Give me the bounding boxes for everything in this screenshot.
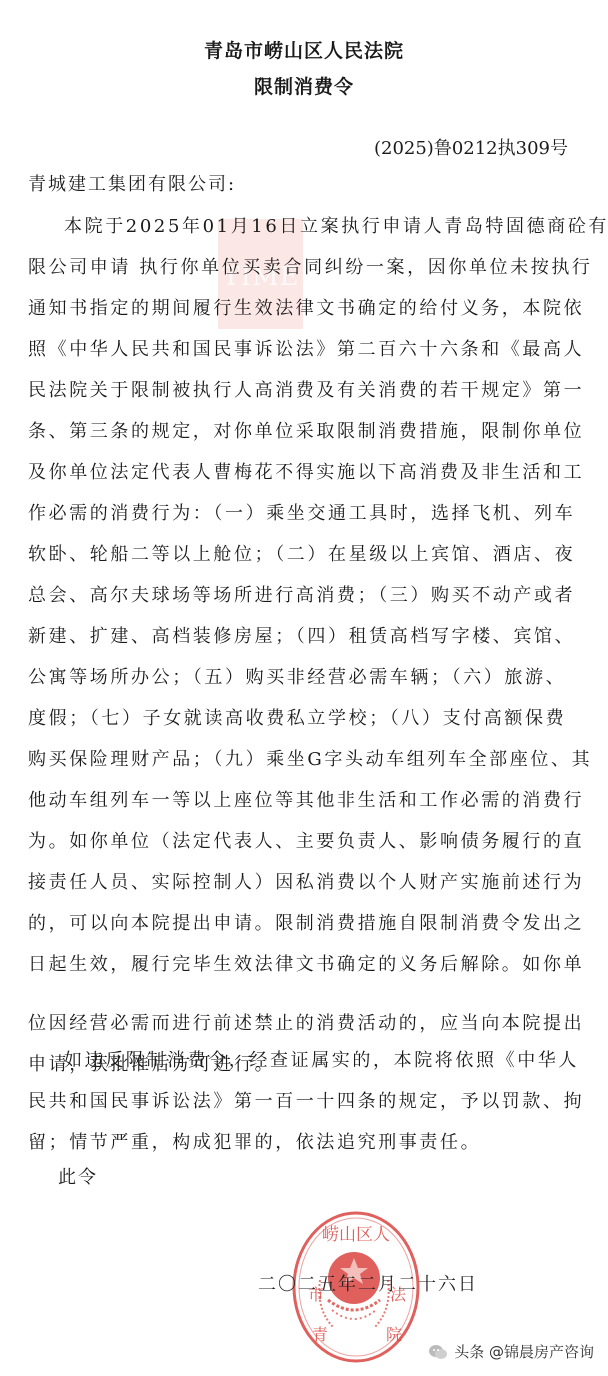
body-line: 及你单位法定代表人曹梅花不得实施以下高消费及非生活和工 [28,452,494,493]
body-paragraph: 本院于2025年01月16日立案执行申请人青岛特固德商砼有 限公司申请 执行你单… [28,206,494,1085]
penalty-line: 如违反限制消费令，经查证属实的，本院将依照《中华人 [28,1040,494,1081]
case-number: (2025)鲁0212执309号 [374,134,568,160]
body-line: 本院于2025年01月16日立案执行申请人青岛特固德商砼有 [28,206,494,247]
body-line: 民法院关于限制被执行人高消费及有关消费的若干规定》第一 [28,370,494,411]
body-line: 位因经营必需而进行前述禁止的消费活动的，应当向本院提出 [28,1003,494,1044]
document-type-title: 限制消费令 [0,72,608,99]
court-name: 青岛市崂山区人民法院 [0,36,608,63]
penalty-line: 留；情节严重，构成犯罪的，依法追究刑事责任。 [28,1122,494,1163]
source-watermark: 头条 @锦晨房产咨询 [428,1341,594,1362]
body-line: 他动车组列车一等以上座位等其他非生活和工作必需的消费行 [28,780,494,821]
issue-date: 二〇二五年二月二十六日 [258,1270,478,1296]
svg-text:崂山区人: 崂山区人 [322,1225,390,1245]
body-line: 购买保险理财产品；（九）乘坐G字头动车组列车全部座位、其 [28,739,494,780]
penalty-line: 民共和国民事诉讼法》第一百一十四条的规定，予以罚款、拘 [28,1081,494,1122]
body-line: 限公司申请 执行你单位买卖合同纠纷一案，因你单位未按执行 [28,247,494,288]
body-line: 度假；（七）子女就读高收费私立学校；（八）支付高额保费 [28,698,494,739]
body-line: 总会、高尔夫球场等场所进行高消费；（三）购买不动产或者 [28,575,494,616]
body-line: 作必需的消费行为：（一）乘坐交通工具时，选择飞机、列车 [28,493,494,534]
body-line: 日起生效，履行完毕生效法律文书确定的义务后解除。如你单 [28,944,494,985]
body-line: 的，可以向本院提出申请。限制消费措施自限制消费令发出之 [28,903,494,944]
chat-bubble-icon [428,1344,448,1360]
body-line: 通知书指定的期间履行生效法律文书确定的给付义务，本院依 [28,288,494,329]
body-line: 接责任人员、实际控制人）因私消费以个人财产实施前述行为 [28,862,494,903]
source-watermark-text: 头条 @锦晨房产咨询 [454,1341,594,1362]
addressee: 青城建工集团有限公司: [28,170,236,196]
body-line: 软卧、轮船二等以上舱位；（二）在星级以上宾馆、酒店、夜 [28,534,494,575]
sign-off: 此令 [58,1163,98,1189]
body-line: 条、第三条的规定，对你单位采取限制消费措施，限制你单位 [28,411,494,452]
body-line: 照《中华人民共和国民事诉讼法》第二百六十六条和《最高人 [28,329,494,370]
penalty-paragraph: 如违反限制消费令，经查证属实的，本院将依照《中华人 民共和国民事诉讼法》第一百一… [28,1040,494,1163]
body-line: 公寓等场所办公；（五）购买非经营必需车辆；（六）旅游、 [28,657,494,698]
body-line: 为。如你单位（法定代表人、主要负责人、影响债务履行的直 [28,821,494,862]
svg-text:院: 院 [386,1325,402,1344]
body-line: 新建、扩建、高档装修房屋；（四）租赁高档写字楼、宾馆、 [28,616,494,657]
svg-text:青: 青 [312,1325,328,1344]
